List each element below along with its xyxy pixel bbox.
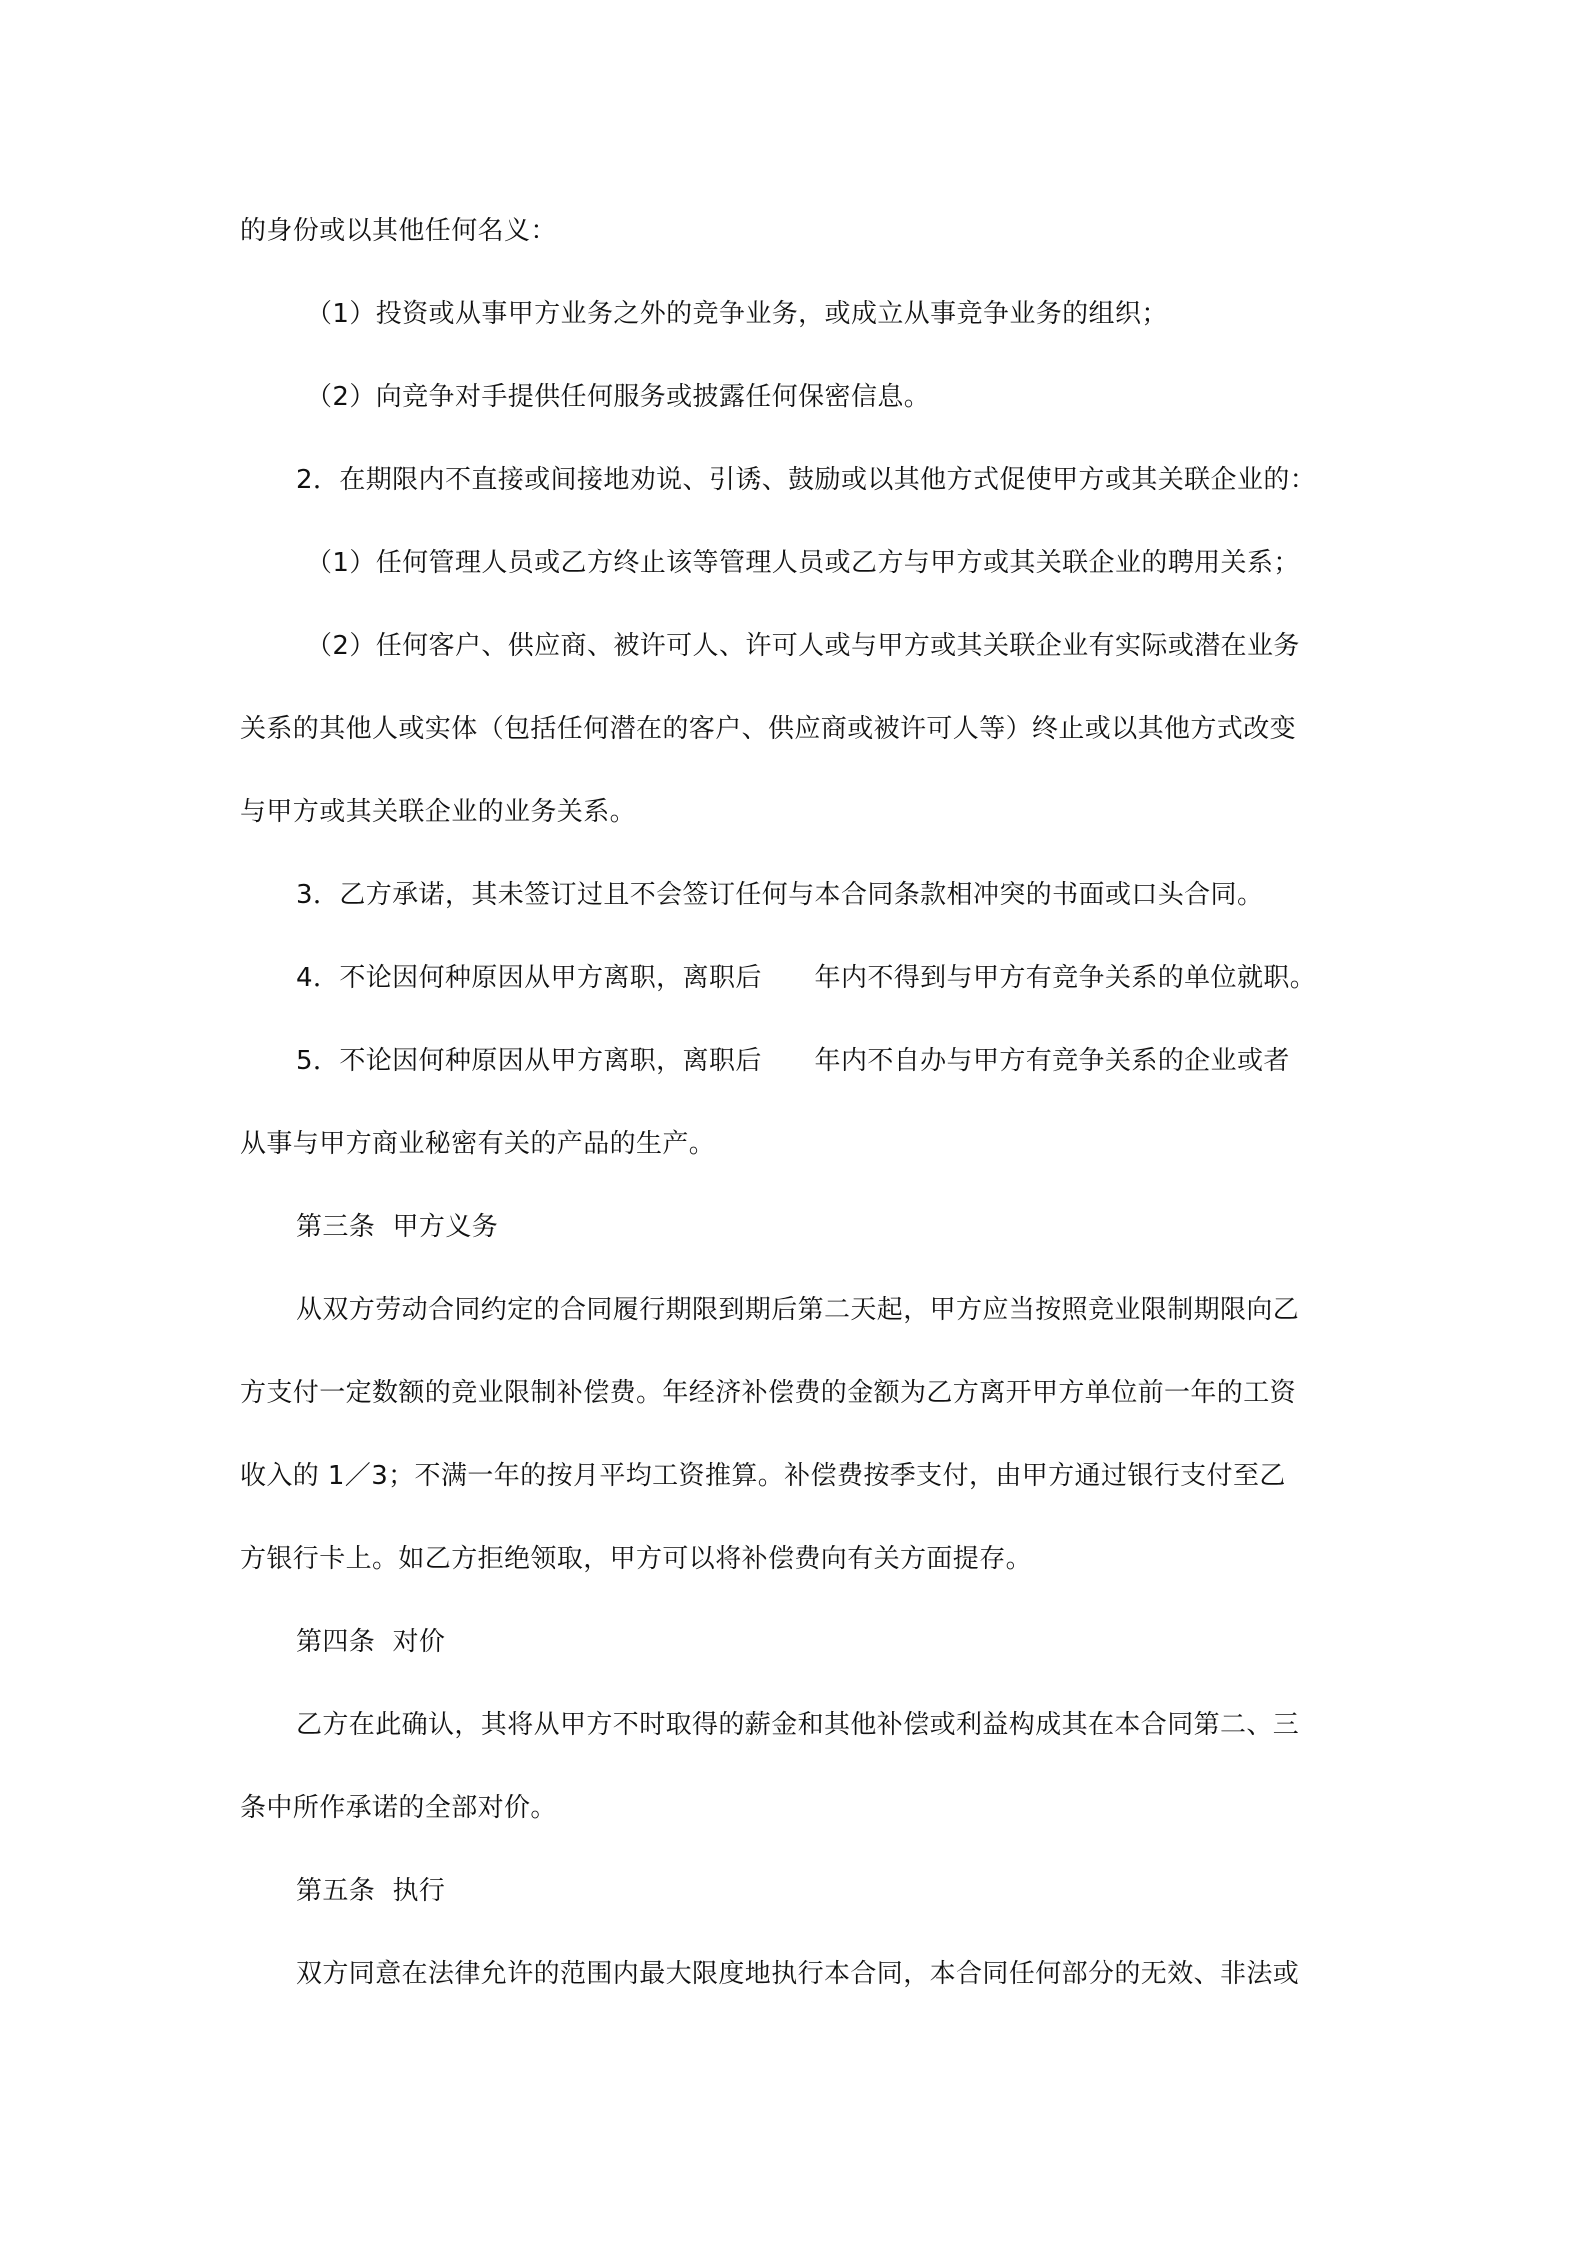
- text-line-clause-5-cont: 从事与甲方商业秘密有关的产品的生产。: [240, 1128, 715, 1160]
- text-line-item-1-1: （1）投资或从事甲方业务之外的竞争业务，或成立从事竞争业务的组织；: [306, 298, 1168, 330]
- section-heading-article-4: 第四条 对价: [296, 1626, 445, 1658]
- text-line-article-4-p2: 条中所作承诺的全部对价。: [240, 1792, 557, 1824]
- text-line-item-2-2-end: 与甲方或其关联企业的业务关系。: [240, 796, 636, 828]
- text-line-item-2-2-cont: 关系的其他人或实体（包括任何潜在的客户、供应商或被许可人等）终止或以其他方式改变: [240, 713, 1296, 745]
- text-line-item-2-1: （1）任何管理人员或乙方终止该等管理人员或乙方与甲方或其关联企业的聘用关系；: [306, 547, 1300, 579]
- text-line-continuation: 的身份或以其他任何名义：: [240, 215, 557, 247]
- text-line-article-3-p3: 收入的 1／3；不满一年的按月平均工资推算。补偿费按季支付，由甲方通过银行支付至…: [240, 1460, 1286, 1492]
- text-line-item-1-2: （2）向竞争对手提供任何服务或披露任何保密信息。: [306, 381, 930, 413]
- text-line-clause-3: 3．乙方承诺，其未签订过且不会签订任何与本合同条款相冲突的书面或口头合同。: [296, 879, 1263, 911]
- text-line-clause-4: 4．不论因何种原因从甲方离职，离职后 年内不得到与甲方有竞争关系的单位就职。: [296, 962, 1316, 994]
- text-line-article-4-p1: 乙方在此确认，其将从甲方不时取得的薪金和其他补偿或利益构成其在本合同第二、三: [296, 1709, 1299, 1741]
- section-heading-article-5: 第五条 执行: [296, 1875, 445, 1907]
- text-line-item-2-2: （2）任何客户、供应商、被许可人、许可人或与甲方或其关联企业有实际或潜在业务: [306, 630, 1300, 662]
- text-line-article-5-p1: 双方同意在法律允许的范围内最大限度地执行本合同，本合同任何部分的无效、非法或: [296, 1958, 1299, 1990]
- text-line-article-3-p2: 方支付一定数额的竞业限制补偿费。年经济补偿费的金额为乙方离开甲方单位前一年的工资: [240, 1377, 1296, 1409]
- section-heading-article-3: 第三条 甲方义务: [296, 1211, 498, 1243]
- document-page: 的身份或以其他任何名义： （1）投资或从事甲方业务之外的竞争业务，或成立从事竞争…: [0, 0, 1586, 2244]
- text-line-clause-2: 2．在期限内不直接或间接地劝说、引诱、鼓励或以其他方式促使甲方或其关联企业的：: [296, 464, 1316, 496]
- text-line-clause-5: 5．不论因何种原因从甲方离职，离职后 年内不自办与甲方有竞争关系的企业或者: [296, 1045, 1290, 1077]
- text-line-article-3-p4: 方银行卡上。如乙方拒绝领取，甲方可以将补偿费向有关方面提存。: [240, 1543, 1032, 1575]
- text-line-article-3-p1: 从双方劳动合同约定的合同履行期限到期后第二天起，甲方应当按照竞业限制期限向乙: [296, 1294, 1299, 1326]
